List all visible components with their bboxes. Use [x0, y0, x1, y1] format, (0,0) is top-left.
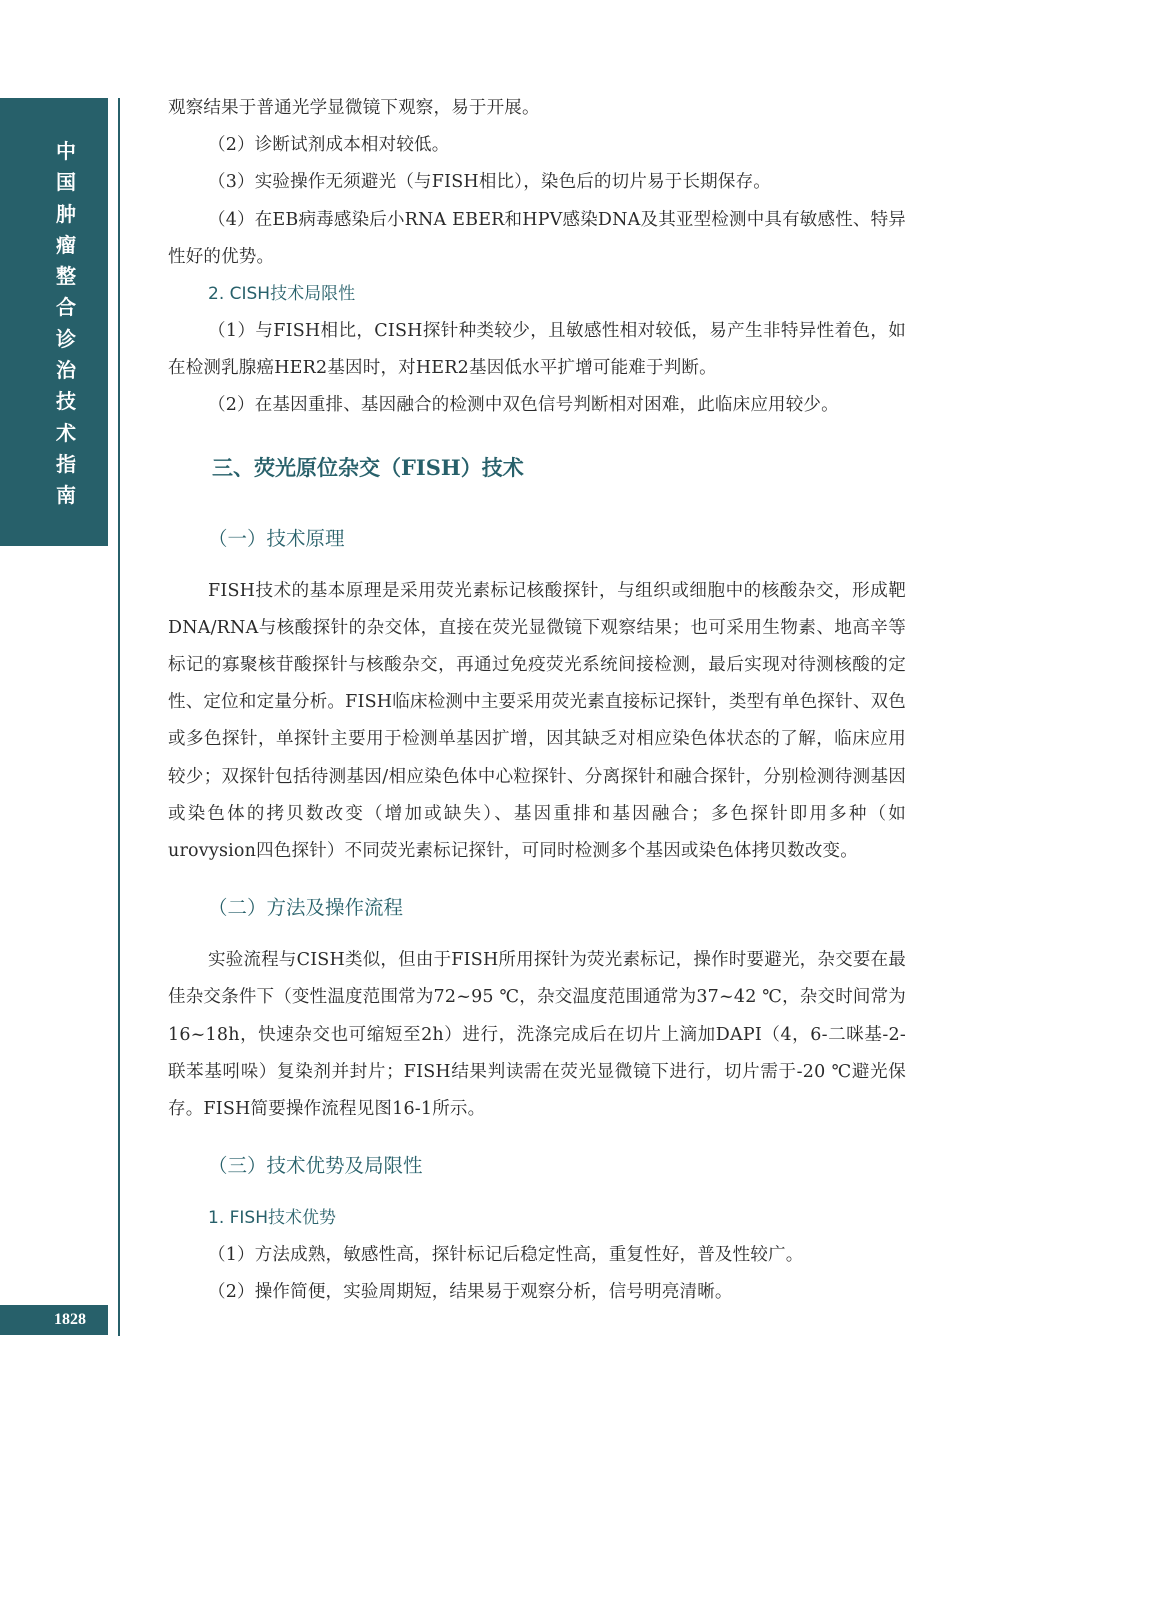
vertical-divider: [118, 98, 120, 1336]
part-heading-advantages: （三）技术优势及局限性: [168, 1146, 906, 1186]
part-heading-principle: （一）技术原理: [168, 519, 906, 559]
list-item: （2）诊断试剂成本相对较低。: [168, 127, 906, 164]
book-title-char: 肿: [52, 199, 80, 230]
book-title-char: 诊: [52, 324, 80, 355]
paragraph: 实验流程与CISH类似，但由于FISH所用探针为荧光素标记，操作时要避光，杂交要…: [168, 942, 906, 1128]
book-title-char: 中: [52, 136, 80, 167]
list-item: （3）实验操作无须避光（与FISH相比），染色后的切片易于长期保存。: [168, 164, 906, 201]
list-item: （1）与FISH相比，CISH探针种类较少，且敏感性相对较低，易产生非特异性着色…: [168, 313, 906, 387]
book-title-char: 瘤: [52, 230, 80, 261]
list-item: （4）在EB病毒感染后小RNA EBER和HPV感染DNA及其亚型检测中具有敏感…: [168, 202, 906, 276]
book-title-char: 国: [52, 167, 80, 198]
list-item: （2）在基因重排、基因融合的检测中双色信号判断相对困难，此临床应用较少。: [168, 387, 906, 424]
list-item: （2）操作简便，实验周期短，结果易于观察分析，信号明亮清晰。: [168, 1274, 906, 1311]
paragraph: FISH技术的基本原理是采用荧光素标记核酸探针，与组织或细胞中的核酸杂交，形成靶…: [168, 573, 906, 871]
page-number: 1828: [0, 1305, 108, 1335]
list-item: （1）方法成熟，敏感性高，探针标记后稳定性高，重复性好，普及性较广。: [168, 1237, 906, 1274]
book-title-char: 整: [52, 261, 80, 292]
book-title-char: 术: [52, 418, 80, 449]
book-title-char: 指: [52, 449, 80, 480]
part-heading-method: （二）方法及操作流程: [168, 888, 906, 928]
book-title-char: 南: [52, 480, 80, 511]
book-title-char: 合: [52, 292, 80, 323]
book-title-vertical: 中 国 肿 瘤 整 合 诊 治 技 术 指 南: [52, 136, 80, 512]
subheading-cish-limitations: 2. CISH技术局限性: [168, 276, 906, 313]
main-content: 观察结果于普通光学显微镜下观察，易于开展。 （2）诊断试剂成本相对较低。 （3）…: [168, 90, 906, 1312]
section-heading-fish: 三、荧光原位杂交（FISH）技术: [168, 447, 906, 489]
book-title-char: 技: [52, 386, 80, 417]
paragraph: 观察结果于普通光学显微镜下观察，易于开展。: [168, 90, 906, 127]
book-title-char: 治: [52, 355, 80, 386]
subheading-fish-advantages: 1. FISH技术优势: [168, 1200, 906, 1237]
